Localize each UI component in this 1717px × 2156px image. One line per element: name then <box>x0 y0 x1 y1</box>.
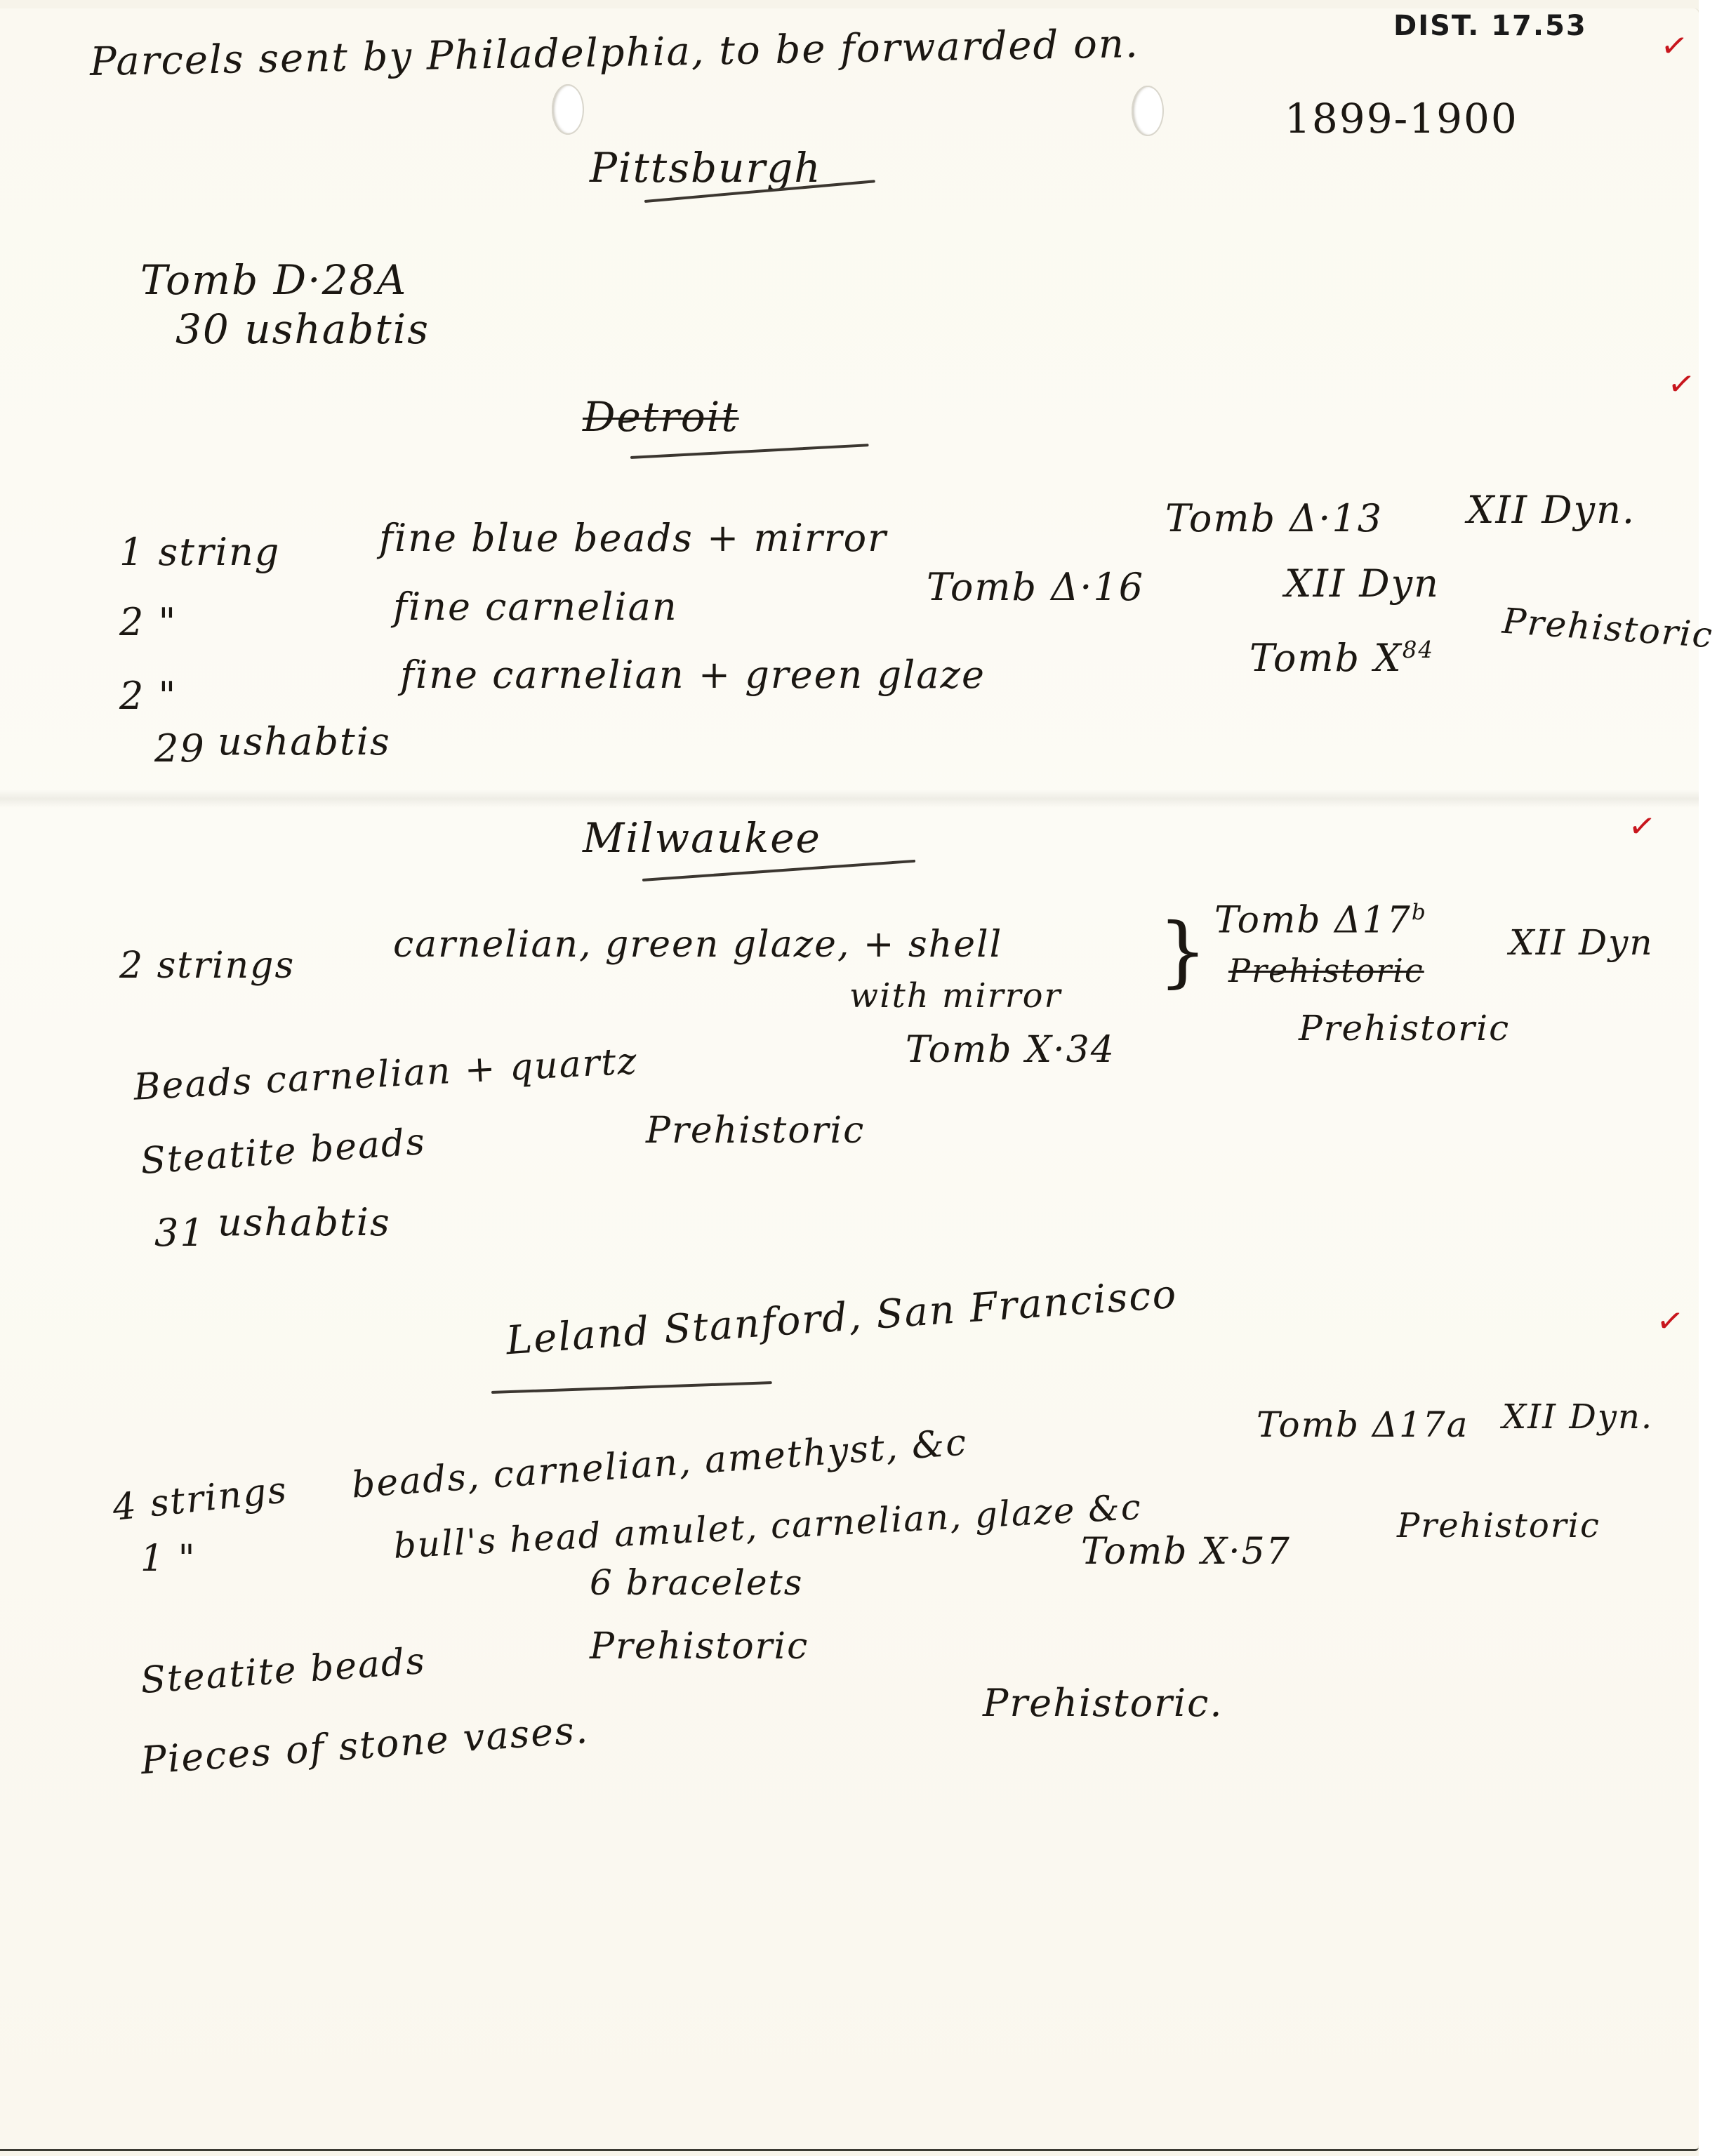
detroit-line-3-tomb: Tomb X84 <box>1249 639 1434 677</box>
milwaukee-line-1-item: carnelian, green glaze, + shell <box>393 926 1002 963</box>
detroit-line-1-qty: 1 string <box>119 533 280 571</box>
scan-margin <box>1699 0 1717 2156</box>
tomb-superscript: b <box>1412 900 1427 925</box>
detroit-line-2-tomb: Tomb Δ·16 <box>927 568 1144 606</box>
detroit-line-3-item: fine carnelian + green glaze <box>400 656 986 694</box>
punch-hole-left <box>552 84 584 135</box>
stanford-line-2-tomb: Tomb X·57 <box>1081 1533 1291 1570</box>
milwaukee-line-1-item-2: with mirror <box>849 979 1062 1013</box>
section-title-pittsburgh: Pittsburgh <box>590 147 822 188</box>
pittsburgh-tomb: Tomb D·28A <box>140 260 407 300</box>
detroit-line-2-qty: 2 " <box>119 604 177 641</box>
detroit-line-1-tomb: Tomb Δ·13 <box>1165 500 1383 538</box>
detroit-line-3-qty: 2 " <box>119 677 177 715</box>
milwaukee-line-2-period: Prehistoric <box>1299 1011 1510 1046</box>
milwaukee-line-1-period: XII Dyn <box>1509 925 1654 960</box>
stanford-line-2-item-2: 6 bracelets <box>590 1565 803 1600</box>
detroit-line-2-item: fine carnelian <box>393 588 678 626</box>
reference-stamp: DIST. 17.53 <box>1393 10 1587 42</box>
pittsburgh-ushabtis: 30 ushabtis <box>175 309 430 350</box>
milwaukee-line-4-item: ushabtis <box>218 1204 391 1242</box>
milwaukee-line-1-tomb: Tomb Δ17b <box>1214 902 1427 938</box>
milwaukee-line-2-tomb: Tomb X·34 <box>906 1032 1115 1068</box>
check-mark-icon: ✓ <box>1654 1300 1686 1342</box>
milwaukee-line-1-qty: 2 strings <box>119 947 295 984</box>
tomb-superscript: 84 <box>1403 637 1434 663</box>
punch-hole-right <box>1132 86 1164 136</box>
milwaukee-line-1-struck: Prehistoric <box>1228 954 1424 987</box>
section-title-detroit: Detroit <box>583 397 739 437</box>
stanford-line-2-period: Prehistoric <box>1397 1509 1600 1543</box>
detroit-line-2-period: XII Dyn <box>1285 565 1440 603</box>
milwaukee-brace: } <box>1158 912 1209 990</box>
section-title-milwaukee: Milwaukee <box>583 818 821 858</box>
milwaukee-line-4-qty: 31 <box>154 1214 206 1252</box>
milwaukee-line-3-period: Prehistoric <box>646 1112 865 1149</box>
check-mark-icon: ✓ <box>1626 806 1658 847</box>
detroit-line-4-item: ushabtis <box>218 723 391 761</box>
stanford-line-1-tomb: Tomb Δ17a <box>1257 1407 1469 1442</box>
check-mark-icon: ✓ <box>1665 364 1697 405</box>
stanford-line-3-period: Prehistoric <box>590 1628 809 1665</box>
stanford-line-4-period: Prehistoric. <box>983 1684 1224 1722</box>
detroit-line-1-item: fine blue beads + mirror <box>379 519 887 557</box>
stanford-line-1-period: XII Dyn. <box>1502 1400 1653 1434</box>
fold-line <box>0 790 1699 808</box>
stanford-line-2-qty: 1 " <box>140 1541 197 1577</box>
date-range: 1899-1900 <box>1285 98 1518 139</box>
detroit-line-1-period: XII Dyn. <box>1467 491 1636 529</box>
check-mark-icon: ✓ <box>1658 25 1690 67</box>
detroit-line-4-qty: 29 <box>154 730 206 768</box>
